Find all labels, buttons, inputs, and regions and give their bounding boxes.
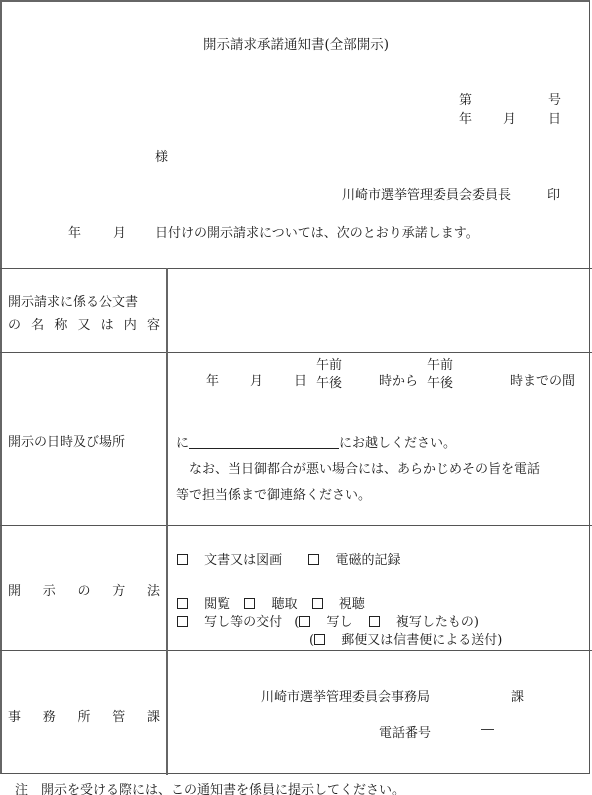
number-prefix: 第	[459, 89, 472, 108]
label-char: 示	[43, 580, 56, 599]
until-label: 時までの間	[510, 370, 575, 389]
document-name-field[interactable]	[170, 272, 588, 348]
pm-label: 午後	[316, 376, 342, 391]
label-date-place: 開示の日時及び場所	[8, 431, 160, 450]
option-doc-or-drawing: 文書又は図画	[204, 553, 282, 568]
office-name: 川崎市選挙管理委員会事務局	[261, 686, 430, 705]
option-row-3: 写し等の交付 ( 写し 複写したもの)	[177, 611, 479, 630]
intro-text: 日付けの開示請求については、次のとおり承諾します。	[155, 222, 479, 241]
option-electromagnetic: 電磁的記録	[335, 553, 400, 568]
date-day-label: 日	[548, 108, 561, 127]
label-char: 方	[112, 580, 125, 599]
option-copy-delivery: 写し等の交付	[204, 615, 282, 630]
document-title: 開示請求承諾通知書(全部開示)	[0, 33, 592, 53]
label-line-2: の 名 称 又 は 内 容	[8, 314, 160, 333]
place-prefix: に	[176, 436, 189, 451]
column-divider	[166, 268, 168, 775]
label-method: 開 示 の 方 法	[8, 580, 160, 599]
option-reproduction: 複写したもの)	[396, 615, 479, 630]
phone-dash: ―	[481, 722, 494, 737]
divider	[0, 352, 592, 353]
option-copy: 写し	[327, 615, 353, 630]
label-char: は	[101, 314, 114, 333]
checkbox-listen[interactable]	[244, 598, 255, 609]
label-char: 内	[124, 314, 137, 333]
addressee-suffix: 様	[155, 146, 168, 165]
label-char: 名	[31, 314, 44, 333]
pm-label: 午後	[427, 376, 453, 391]
option-view: 閲覧	[204, 597, 230, 612]
section-suffix: 課	[511, 686, 524, 705]
footer-note: 注 開示を受ける際には、この通知書を係員に提示してください。	[15, 779, 405, 795]
label-char: 事	[8, 706, 21, 725]
label-document-name: 開示請求に係る公文書 の 名 称 又 は 内 容	[8, 291, 160, 333]
option-watch: 視聴	[339, 597, 365, 612]
divider	[0, 268, 592, 269]
checkbox-reproduction[interactable]	[369, 616, 380, 627]
from-label: 時から	[379, 370, 418, 389]
checkbox-electromagnetic[interactable]	[308, 554, 319, 565]
open-month: 月	[250, 370, 263, 389]
am-label: 午前	[316, 358, 342, 373]
phone-label: 電話番号	[379, 722, 431, 741]
label-office: 事 務 所 管 課	[8, 706, 160, 725]
am-label: 午前	[427, 358, 453, 373]
place-input-line[interactable]	[189, 436, 339, 449]
ampm-until: 午前午後	[427, 357, 453, 393]
label-line-1: 開示請求に係る公文書	[8, 291, 160, 310]
open-day: 日	[294, 370, 307, 389]
note-line-1: なお、当日御都合が悪い場合には、あらかじめその旨を電話	[189, 458, 540, 477]
label-char: 開	[8, 580, 21, 599]
divider	[0, 650, 592, 651]
option-row-4: ( 郵便又は信書便による送付)	[309, 629, 502, 648]
label-char: 称	[54, 314, 67, 333]
checkbox-view[interactable]	[177, 598, 188, 609]
label-char: 課	[147, 706, 160, 725]
intro-month: 月	[113, 222, 126, 241]
option-listen: 聴取	[271, 597, 297, 612]
checkbox-copy-delivery[interactable]	[177, 616, 188, 627]
number-suffix: 号	[548, 89, 561, 108]
label-char: 法	[147, 580, 160, 599]
option-row-2: 閲覧 聴取 視聴	[177, 593, 365, 612]
checkbox-doc-or-drawing[interactable]	[177, 554, 188, 565]
option-mail: 郵便又は信書便による送付)	[341, 633, 502, 648]
checkbox-watch[interactable]	[312, 598, 323, 609]
seal-mark: 印	[547, 184, 560, 203]
label-char: 務	[43, 706, 56, 725]
issuer-name: 川崎市選挙管理委員会委員長	[342, 184, 511, 203]
intro-year: 年	[68, 222, 81, 241]
place-suffix: にお越しください。	[339, 436, 456, 451]
place-line: ににお越しください。	[176, 432, 456, 451]
open-year: 年	[206, 370, 219, 389]
checkbox-copy[interactable]	[299, 616, 310, 627]
label-char: の	[77, 580, 90, 599]
note-line-2: 等で担当係まで御連絡ください。	[176, 484, 371, 503]
divider	[0, 525, 592, 526]
option-row-1: 文書又は図画 電磁的記録	[177, 549, 400, 568]
label-char: 管	[112, 706, 125, 725]
ampm-from: 午前午後	[316, 357, 342, 393]
label-char: 所	[77, 706, 90, 725]
date-month-label: 月	[503, 108, 516, 127]
checkbox-mail[interactable]	[314, 634, 325, 645]
label-char: 容	[147, 314, 160, 333]
label-char: の	[8, 314, 21, 333]
label-char: 又	[77, 314, 90, 333]
date-year-label: 年	[459, 108, 472, 127]
